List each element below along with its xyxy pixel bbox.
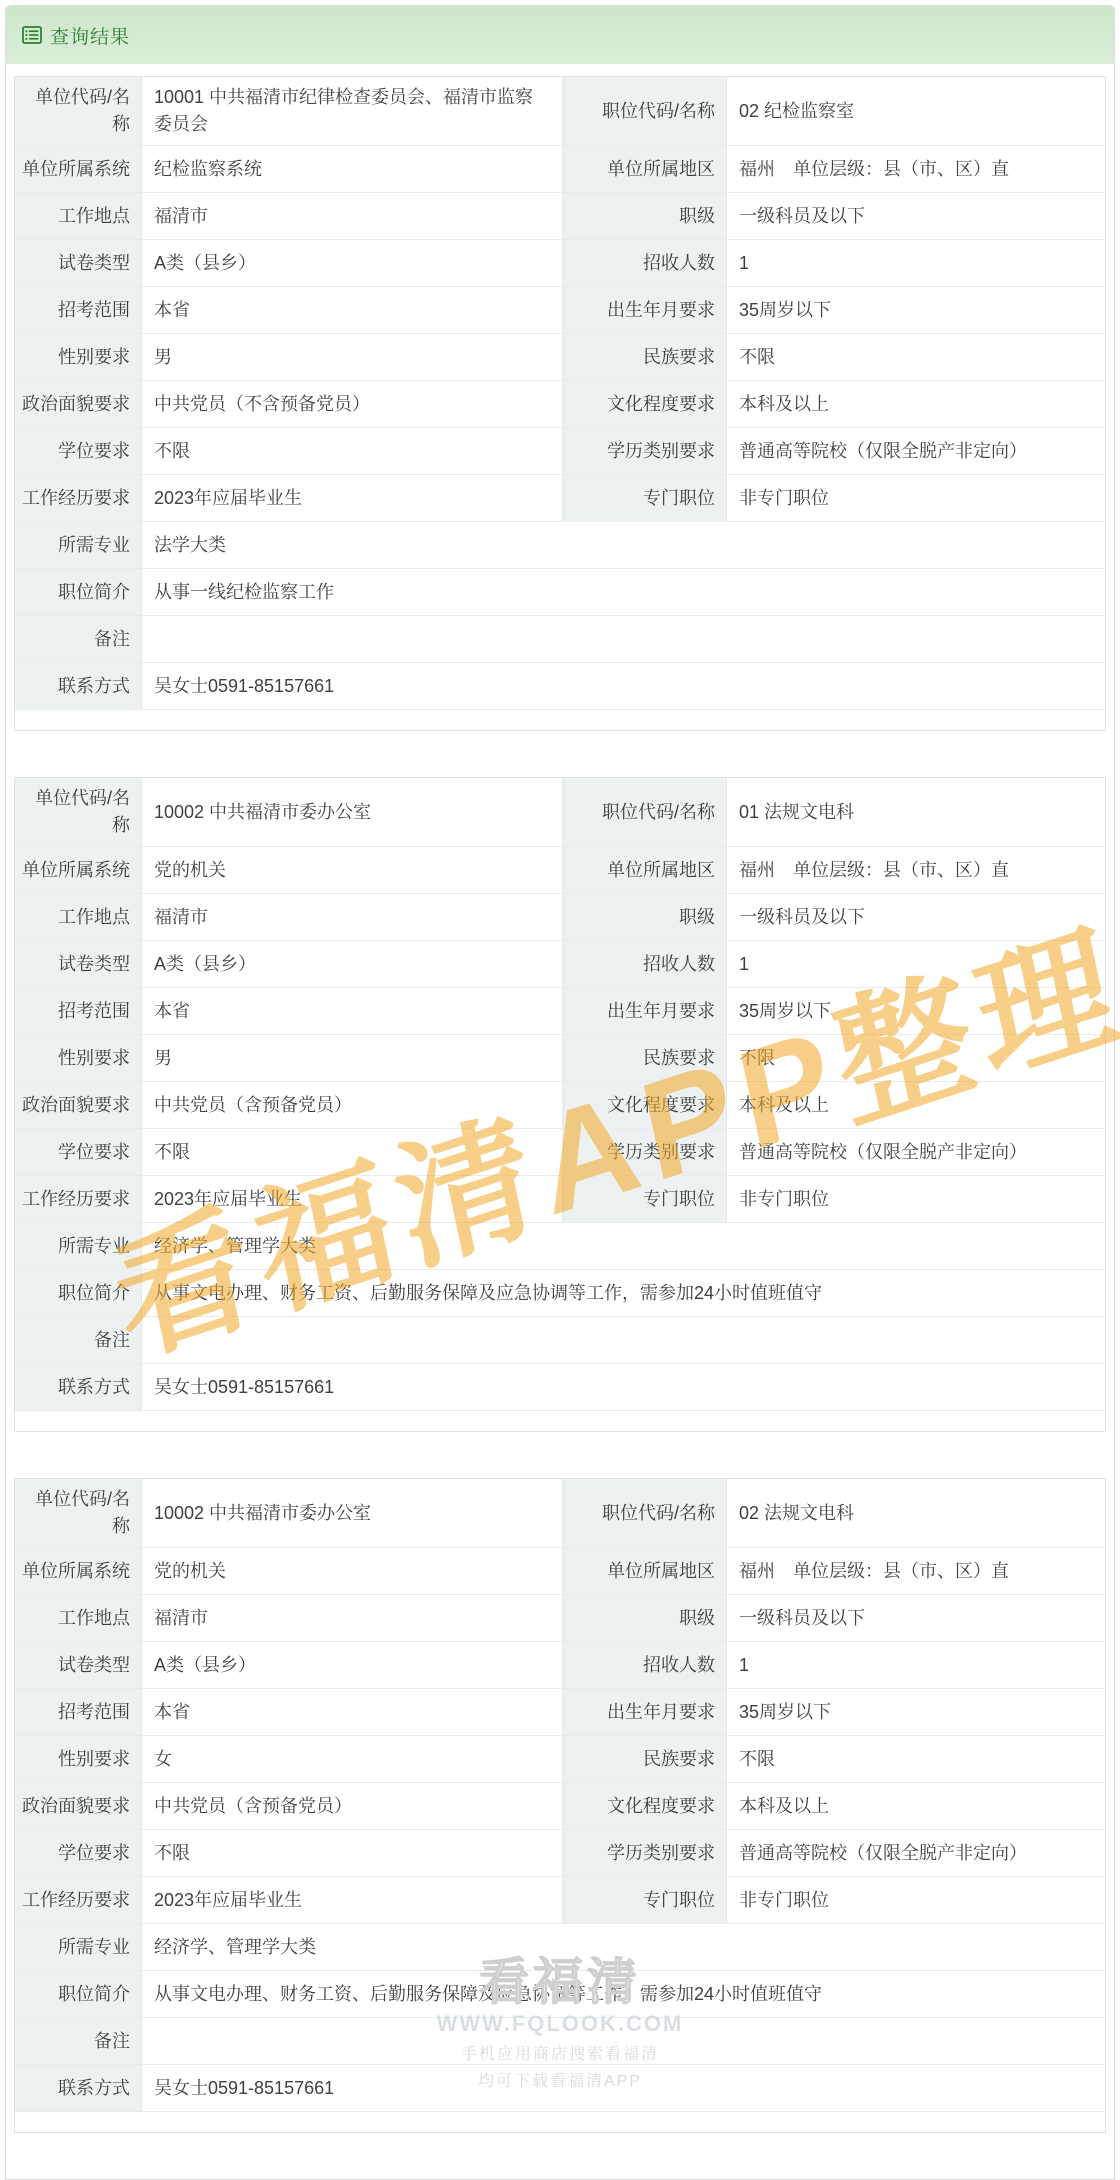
field-label-text: 试卷类型 (58, 951, 130, 978)
field-value: 本省 (142, 988, 563, 1034)
field-label-text: 工作经历要求 (22, 485, 130, 512)
field-value: 35周岁以下 (727, 1689, 1105, 1735)
field-label: 招考范围 (15, 1689, 142, 1735)
table-row: 试卷类型A类（县乡）招收人数1 (15, 1642, 1105, 1689)
field-value: 男 (142, 1035, 563, 1081)
field-label-text: 出生年月要求 (607, 998, 715, 1025)
field-label-text: 民族要求 (643, 344, 715, 371)
field-label-text: 招收人数 (643, 1652, 715, 1679)
field-label-text: 工作地点 (58, 904, 130, 931)
field-label-text: 学历类别要求 (607, 1840, 715, 1867)
table-row: 联系方式吴女士0591-85157661 (15, 663, 1105, 710)
field-value: 经济学、管理学大类 (142, 1924, 1105, 1970)
field-value-text: 不限 (154, 1139, 190, 1166)
field-label: 出生年月要求 (563, 1689, 727, 1735)
field-label: 备注 (15, 616, 142, 662)
field-value: 2023年应届毕业生 (142, 1877, 563, 1923)
field-label: 单位代码/名称 (15, 77, 142, 145)
table-row: 单位所属系统纪检监察系统单位所属地区福州 单位层级：县（市、区）直 (15, 146, 1105, 193)
field-label-text: 文化程度要求 (607, 1092, 715, 1119)
field-label: 单位所属地区 (563, 1548, 727, 1594)
table-row: 所需专业法学大类 (15, 522, 1105, 569)
table-row: 学位要求不限学历类别要求普通高等院校（仅限全脱产非定向） (15, 1129, 1105, 1176)
field-label: 单位所属系统 (15, 1548, 142, 1594)
field-value-text: 党的机关 (154, 1558, 226, 1585)
table-row: 单位代码/名称10002 中共福清市委办公室职位代码/名称02 法规文电科 (15, 1479, 1105, 1548)
field-value-text: 不限 (154, 1840, 190, 1867)
field-value: 法学大类 (142, 522, 1105, 568)
field-value-text: A类（县乡） (154, 951, 256, 978)
field-label: 学历类别要求 (563, 1129, 727, 1175)
field-value: 10002 中共福清市委办公室 (142, 778, 563, 846)
field-value-text: 中共党员（不含预备党员） (154, 391, 370, 418)
field-label-text: 职位简介 (58, 1981, 130, 2008)
field-value-text: 男 (154, 1045, 172, 1072)
field-value-text: 不限 (154, 438, 190, 465)
table-row: 备注 (15, 2018, 1105, 2065)
field-value: 非专门职位 (727, 1877, 1105, 1923)
field-value: 02 法规文电科 (727, 1479, 1105, 1547)
field-value-text: 一级科员及以下 (739, 1605, 865, 1632)
field-value: A类（县乡） (142, 1642, 563, 1688)
field-value-text: 2023年应届毕业生 (154, 485, 302, 512)
field-value-text: 男 (154, 344, 172, 371)
field-value: 01 法规文电科 (727, 778, 1105, 846)
table-row: 性别要求男民族要求不限 (15, 334, 1105, 381)
field-label-text: 性别要求 (58, 1746, 130, 1773)
field-value-text: 中共党员（含预备党员） (154, 1793, 352, 1820)
field-label: 学位要求 (15, 1830, 142, 1876)
field-label: 职位简介 (15, 1971, 142, 2017)
field-label-text: 所需专业 (58, 1233, 130, 1260)
field-label-text: 单位所属地区 (607, 857, 715, 884)
table-row: 单位代码/名称10002 中共福清市委办公室职位代码/名称01 法规文电科 (15, 778, 1105, 847)
field-label: 单位所属地区 (563, 847, 727, 893)
field-label-text: 学历类别要求 (607, 438, 715, 465)
field-value-text: 从事一线纪检监察工作 (154, 579, 334, 606)
field-value-text: 党的机关 (154, 857, 226, 884)
field-label-text: 文化程度要求 (607, 1793, 715, 1820)
field-label-text: 单位所属地区 (607, 1558, 715, 1585)
field-value: 1 (727, 1642, 1105, 1688)
table-row: 工作地点福清市职级一级科员及以下 (15, 193, 1105, 240)
field-label-text: 职级 (679, 1605, 715, 1632)
field-label: 所需专业 (15, 522, 142, 568)
field-value-text: 本省 (154, 297, 190, 324)
field-value: 吴女士0591-85157661 (142, 2065, 1105, 2111)
field-value-text: 本科及以上 (739, 1092, 829, 1119)
field-value-text: 福州 单位层级：县（市、区）直 (739, 156, 1009, 183)
field-label: 性别要求 (15, 1035, 142, 1081)
field-label-text: 职位代码/名称 (602, 799, 715, 826)
field-value: 福清市 (142, 1595, 563, 1641)
field-value-text: 福清市 (154, 203, 208, 230)
field-label-text: 单位所属系统 (22, 1558, 130, 1585)
field-label: 工作经历要求 (15, 1877, 142, 1923)
field-label: 工作经历要求 (15, 475, 142, 521)
field-label-text: 学位要求 (58, 1840, 130, 1867)
table-row: 联系方式吴女士0591-85157661 (15, 1364, 1105, 1411)
field-value: 福州 单位层级：县（市、区）直 (727, 146, 1105, 192)
field-label-text: 单位代码/名称 (19, 84, 130, 138)
field-value: 本省 (142, 287, 563, 333)
field-label: 招收人数 (563, 1642, 727, 1688)
field-value: A类（县乡） (142, 240, 563, 286)
field-value-text: 福清市 (154, 1605, 208, 1632)
field-value (142, 616, 1105, 662)
field-value-text: 一级科员及以下 (739, 904, 865, 931)
field-label: 职位简介 (15, 1270, 142, 1316)
field-label-text: 学位要求 (58, 438, 130, 465)
field-value-text: 一级科员及以下 (739, 203, 865, 230)
field-value: 中共党员（不含预备党员） (142, 381, 563, 427)
table-row: 备注 (15, 616, 1105, 663)
table-row: 试卷类型A类（县乡）招收人数1 (15, 941, 1105, 988)
field-value-text: 吴女士0591-85157661 (154, 1374, 334, 1401)
field-value-text: 本科及以上 (739, 391, 829, 418)
field-label-text: 工作经历要求 (22, 1186, 130, 1213)
field-label: 学位要求 (15, 428, 142, 474)
field-value: 党的机关 (142, 1548, 563, 1594)
field-label-text: 招考范围 (58, 297, 130, 324)
field-value: 不限 (142, 1830, 563, 1876)
field-label-text: 专门职位 (643, 1186, 715, 1213)
field-label: 职位代码/名称 (563, 778, 727, 846)
field-value-text: A类（县乡） (154, 1652, 256, 1679)
field-value: 从事文电办理、财务工资、后勤服务保障及应急协调等工作，需参加24小时值班值守 (142, 1270, 1105, 1316)
field-value: 非专门职位 (727, 475, 1105, 521)
field-label: 联系方式 (15, 1364, 142, 1410)
field-label: 工作地点 (15, 1595, 142, 1641)
field-label: 招考范围 (15, 988, 142, 1034)
field-value-text: 1 (739, 250, 749, 277)
field-label: 职位代码/名称 (563, 1479, 727, 1547)
field-value-text: 10002 中共福清市委办公室 (154, 799, 371, 826)
field-value: 福州 单位层级：县（市、区）直 (727, 847, 1105, 893)
table-row: 招考范围本省出生年月要求35周岁以下 (15, 1689, 1105, 1736)
field-label: 政治面貌要求 (15, 1783, 142, 1829)
field-label: 文化程度要求 (563, 1783, 727, 1829)
field-label-text: 职级 (679, 203, 715, 230)
field-value-text: 本省 (154, 998, 190, 1025)
field-label-text: 职位代码/名称 (602, 1500, 715, 1527)
field-value: 10001 中共福清市纪律检查委员会、福清市监察委员会 (142, 77, 563, 145)
field-value-text: 2023年应届毕业生 (154, 1186, 302, 1213)
field-value: 不限 (727, 1035, 1105, 1081)
field-value: 吴女士0591-85157661 (142, 1364, 1105, 1410)
field-value: 非专门职位 (727, 1176, 1105, 1222)
field-label-text: 政治面貌要求 (22, 1793, 130, 1820)
field-value-text: 35周岁以下 (739, 998, 831, 1025)
field-value: 10002 中共福清市委办公室 (142, 1479, 563, 1547)
field-value: 本科及以上 (727, 1082, 1105, 1128)
field-value: 吴女士0591-85157661 (142, 663, 1105, 709)
field-label: 试卷类型 (15, 240, 142, 286)
field-label: 性别要求 (15, 1736, 142, 1782)
field-value-text: 女 (154, 1746, 172, 1773)
field-value-text: 本科及以上 (739, 1793, 829, 1820)
field-label: 文化程度要求 (563, 381, 727, 427)
table-row: 单位所属系统党的机关单位所属地区福州 单位层级：县（市、区）直 (15, 847, 1105, 894)
field-value-text: 中共党员（含预备党员） (154, 1092, 352, 1119)
field-value-text: 01 法规文电科 (739, 799, 854, 826)
job-table-3: 单位代码/名称10002 中共福清市委办公室职位代码/名称02 法规文电科单位所… (14, 1478, 1106, 2133)
field-label-text: 单位所属系统 (22, 857, 130, 884)
field-label: 职级 (563, 894, 727, 940)
field-value-text: 02 纪检监察室 (739, 98, 854, 125)
field-label-text: 学位要求 (58, 1139, 130, 1166)
field-value-text: 不限 (739, 344, 775, 371)
field-label-text: 备注 (94, 1327, 130, 1354)
field-value-text: 法学大类 (154, 532, 226, 559)
field-value-text: 从事文电办理、财务工资、后勤服务保障及应急协调等工作，需参加24小时值班值守 (154, 1981, 822, 2008)
field-value (142, 2018, 1105, 2064)
field-label: 备注 (15, 2018, 142, 2064)
field-value-text: 普通高等院校（仅限全脱产非定向） (739, 1139, 1027, 1166)
field-value-text: 非专门职位 (739, 1887, 829, 1914)
field-value-text: 非专门职位 (739, 1186, 829, 1213)
field-label-text: 单位所属系统 (22, 156, 130, 183)
field-value-text: 普通高等院校（仅限全脱产非定向） (739, 438, 1027, 465)
field-value-text: 2023年应届毕业生 (154, 1887, 302, 1914)
field-value-text: 吴女士0591-85157661 (154, 673, 334, 700)
table-row: 联系方式吴女士0591-85157661 (15, 2065, 1105, 2112)
field-value: 普通高等院校（仅限全脱产非定向） (727, 1830, 1105, 1876)
field-label-text: 性别要求 (58, 344, 130, 371)
field-value: 2023年应届毕业生 (142, 1176, 563, 1222)
field-label: 单位所属系统 (15, 847, 142, 893)
field-value: 本科及以上 (727, 381, 1105, 427)
field-label-text: 试卷类型 (58, 1652, 130, 1679)
field-label-text: 专门职位 (643, 485, 715, 512)
field-label: 备注 (15, 1317, 142, 1363)
field-value: 不限 (727, 1736, 1105, 1782)
field-label: 职位简介 (15, 569, 142, 615)
field-value: 一级科员及以下 (727, 1595, 1105, 1641)
field-value-text: A类（县乡） (154, 250, 256, 277)
field-value-text: 1 (739, 951, 749, 978)
field-value: 本科及以上 (727, 1783, 1105, 1829)
field-value: 35周岁以下 (727, 287, 1105, 333)
field-value: 纪检监察系统 (142, 146, 563, 192)
field-label-text: 招考范围 (58, 998, 130, 1025)
field-value-text: 10001 中共福清市纪律检查委员会、福清市监察委员会 (154, 84, 550, 138)
table-row: 政治面貌要求中共党员（含预备党员）文化程度要求本科及以上 (15, 1082, 1105, 1129)
field-label: 民族要求 (563, 334, 727, 380)
table-row: 性别要求女民族要求不限 (15, 1736, 1105, 1783)
field-label-text: 招收人数 (643, 250, 715, 277)
field-label: 所需专业 (15, 1223, 142, 1269)
field-label: 单位所属地区 (563, 146, 727, 192)
table-row: 政治面貌要求中共党员（不含预备党员）文化程度要求本科及以上 (15, 381, 1105, 428)
field-value: 1 (727, 941, 1105, 987)
field-value: 福州 单位层级：县（市、区）直 (727, 1548, 1105, 1594)
table-row: 学位要求不限学历类别要求普通高等院校（仅限全脱产非定向） (15, 428, 1105, 475)
field-label-text: 职位代码/名称 (602, 98, 715, 125)
field-label: 专门职位 (563, 475, 727, 521)
field-label-text: 单位代码/名称 (19, 1486, 130, 1540)
table-row: 单位代码/名称10001 中共福清市纪律检查委员会、福清市监察委员会职位代码/名… (15, 77, 1105, 146)
field-label-text: 民族要求 (643, 1045, 715, 1072)
field-label-text: 备注 (94, 2028, 130, 2055)
table-row: 工作地点福清市职级一级科员及以下 (15, 1595, 1105, 1642)
field-label: 学位要求 (15, 1129, 142, 1175)
field-value-text: 35周岁以下 (739, 1699, 831, 1726)
field-label-text: 职位简介 (58, 579, 130, 606)
field-value: 从事一线纪检监察工作 (142, 569, 1105, 615)
field-value: 不限 (142, 1129, 563, 1175)
table-row: 工作地点福清市职级一级科员及以下 (15, 894, 1105, 941)
field-label: 工作地点 (15, 894, 142, 940)
field-label: 政治面貌要求 (15, 1082, 142, 1128)
field-label: 单位所属系统 (15, 146, 142, 192)
table-row: 招考范围本省出生年月要求35周岁以下 (15, 988, 1105, 1035)
table-row: 政治面貌要求中共党员（含预备党员）文化程度要求本科及以上 (15, 1783, 1105, 1830)
field-label: 学历类别要求 (563, 428, 727, 474)
field-label: 出生年月要求 (563, 988, 727, 1034)
field-value-text: 经济学、管理学大类 (154, 1233, 316, 1260)
field-value: 普通高等院校（仅限全脱产非定向） (727, 1129, 1105, 1175)
field-value-text: 35周岁以下 (739, 297, 831, 324)
field-value: 一级科员及以下 (727, 894, 1105, 940)
field-value: 02 纪检监察室 (727, 77, 1105, 145)
table-footer-strip (15, 1411, 1105, 1431)
field-value: 不限 (142, 428, 563, 474)
field-label-text: 联系方式 (58, 2075, 130, 2102)
field-value: 普通高等院校（仅限全脱产非定向） (727, 428, 1105, 474)
field-label: 招收人数 (563, 240, 727, 286)
field-label: 所需专业 (15, 1924, 142, 1970)
field-value: A类（县乡） (142, 941, 563, 987)
table-row: 所需专业经济学、管理学大类 (15, 1223, 1105, 1270)
field-label: 政治面貌要求 (15, 381, 142, 427)
field-label: 单位代码/名称 (15, 778, 142, 846)
field-label: 性别要求 (15, 334, 142, 380)
field-label: 出生年月要求 (563, 287, 727, 333)
field-label-text: 职位简介 (58, 1280, 130, 1307)
field-value: 经济学、管理学大类 (142, 1223, 1105, 1269)
field-value (142, 1317, 1105, 1363)
field-label-text: 政治面貌要求 (22, 391, 130, 418)
field-label-text: 性别要求 (58, 1045, 130, 1072)
field-value-text: 纪检监察系统 (154, 156, 262, 183)
table-row: 单位所属系统党的机关单位所属地区福州 单位层级：县（市、区）直 (15, 1548, 1105, 1595)
field-label: 联系方式 (15, 663, 142, 709)
field-value: 中共党员（含预备党员） (142, 1082, 563, 1128)
field-value-text: 1 (739, 1652, 749, 1679)
field-value: 男 (142, 334, 563, 380)
table-row: 招考范围本省出生年月要求35周岁以下 (15, 287, 1105, 334)
field-value: 1 (727, 240, 1105, 286)
field-value-text: 不限 (739, 1045, 775, 1072)
field-value-text: 10002 中共福清市委办公室 (154, 1500, 371, 1527)
field-label: 职位代码/名称 (563, 77, 727, 145)
field-label-text: 所需专业 (58, 1934, 130, 1961)
field-value-text: 福清市 (154, 904, 208, 931)
field-value: 女 (142, 1736, 563, 1782)
field-label-text: 联系方式 (58, 673, 130, 700)
table-row: 工作经历要求2023年应届毕业生专门职位非专门职位 (15, 1877, 1105, 1924)
field-value: 不限 (727, 334, 1105, 380)
field-value: 党的机关 (142, 847, 563, 893)
table-row: 试卷类型A类（县乡）招收人数1 (15, 240, 1105, 287)
field-label-text: 工作地点 (58, 1605, 130, 1632)
field-label-text: 工作地点 (58, 203, 130, 230)
table-footer-strip (15, 710, 1105, 730)
field-label: 试卷类型 (15, 941, 142, 987)
results-container: 查询结果 单位代码/名称10001 中共福清市纪律检查委员会、福清市监察委员会职… (5, 5, 1115, 2180)
field-label-text: 出生年月要求 (607, 1699, 715, 1726)
field-label: 招考范围 (15, 287, 142, 333)
field-value-text: 经济学、管理学大类 (154, 1934, 316, 1961)
table-row: 职位简介从事文电办理、财务工资、后勤服务保障及应急协调等工作，需参加24小时值班… (15, 1270, 1105, 1317)
field-label: 试卷类型 (15, 1642, 142, 1688)
job-table-1: 单位代码/名称10001 中共福清市纪律检查委员会、福清市监察委员会职位代码/名… (14, 76, 1106, 731)
field-label-text: 招收人数 (643, 951, 715, 978)
field-label-text: 民族要求 (643, 1746, 715, 1773)
table-row: 职位简介从事文电办理、财务工资、后勤服务保障及应急协调等工作，需参加24小时值班… (15, 1971, 1105, 2018)
field-label-text: 招考范围 (58, 1699, 130, 1726)
field-value-text: 02 法规文电科 (739, 1500, 854, 1527)
field-value-text: 非专门职位 (739, 485, 829, 512)
field-label-text: 备注 (94, 626, 130, 653)
field-label: 民族要求 (563, 1035, 727, 1081)
field-label: 专门职位 (563, 1877, 727, 1923)
table-row: 所需专业经济学、管理学大类 (15, 1924, 1105, 1971)
field-label: 联系方式 (15, 2065, 142, 2111)
field-label-text: 单位代码/名称 (19, 785, 130, 839)
field-label-text: 文化程度要求 (607, 391, 715, 418)
field-value-text: 从事文电办理、财务工资、后勤服务保障及应急协调等工作，需参加24小时值班值守 (154, 1280, 822, 1307)
table-row: 备注 (15, 1317, 1105, 1364)
table-row: 工作经历要求2023年应届毕业生专门职位非专门职位 (15, 1176, 1105, 1223)
field-value-text: 本省 (154, 1699, 190, 1726)
field-label-text: 试卷类型 (58, 250, 130, 277)
field-value: 福清市 (142, 894, 563, 940)
list-icon (22, 25, 42, 45)
field-label: 工作地点 (15, 193, 142, 239)
table-row: 工作经历要求2023年应届毕业生专门职位非专门职位 (15, 475, 1105, 522)
field-label: 工作经历要求 (15, 1176, 142, 1222)
field-label-text: 联系方式 (58, 1374, 130, 1401)
field-label-text: 政治面貌要求 (22, 1092, 130, 1119)
field-label-text: 工作经历要求 (22, 1887, 130, 1914)
field-value-text: 福州 单位层级：县（市、区）直 (739, 857, 1009, 884)
field-value: 从事文电办理、财务工资、后勤服务保障及应急协调等工作，需参加24小时值班值守 (142, 1971, 1105, 2017)
field-value: 2023年应届毕业生 (142, 475, 563, 521)
field-label-text: 学历类别要求 (607, 1139, 715, 1166)
table-footer-strip (15, 2112, 1105, 2132)
field-value-text: 福州 单位层级：县（市、区）直 (739, 1558, 1009, 1585)
field-value: 中共党员（含预备党员） (142, 1783, 563, 1829)
field-label-text: 单位所属地区 (607, 156, 715, 183)
field-label-text: 出生年月要求 (607, 297, 715, 324)
job-table-2: 单位代码/名称10002 中共福清市委办公室职位代码/名称01 法规文电科单位所… (14, 777, 1106, 1432)
field-value: 本省 (142, 1689, 563, 1735)
table-row: 学位要求不限学历类别要求普通高等院校（仅限全脱产非定向） (15, 1830, 1105, 1877)
panel-header: 查询结果 (6, 6, 1114, 64)
table-row: 职位简介从事一线纪检监察工作 (15, 569, 1105, 616)
field-label: 单位代码/名称 (15, 1479, 142, 1547)
field-label-text: 职级 (679, 904, 715, 931)
field-label: 招收人数 (563, 941, 727, 987)
field-label: 专门职位 (563, 1176, 727, 1222)
field-label: 学历类别要求 (563, 1830, 727, 1876)
field-value: 福清市 (142, 193, 563, 239)
field-value-text: 不限 (739, 1746, 775, 1773)
table-row: 性别要求男民族要求不限 (15, 1035, 1105, 1082)
page-title: 查询结果 (50, 22, 130, 49)
